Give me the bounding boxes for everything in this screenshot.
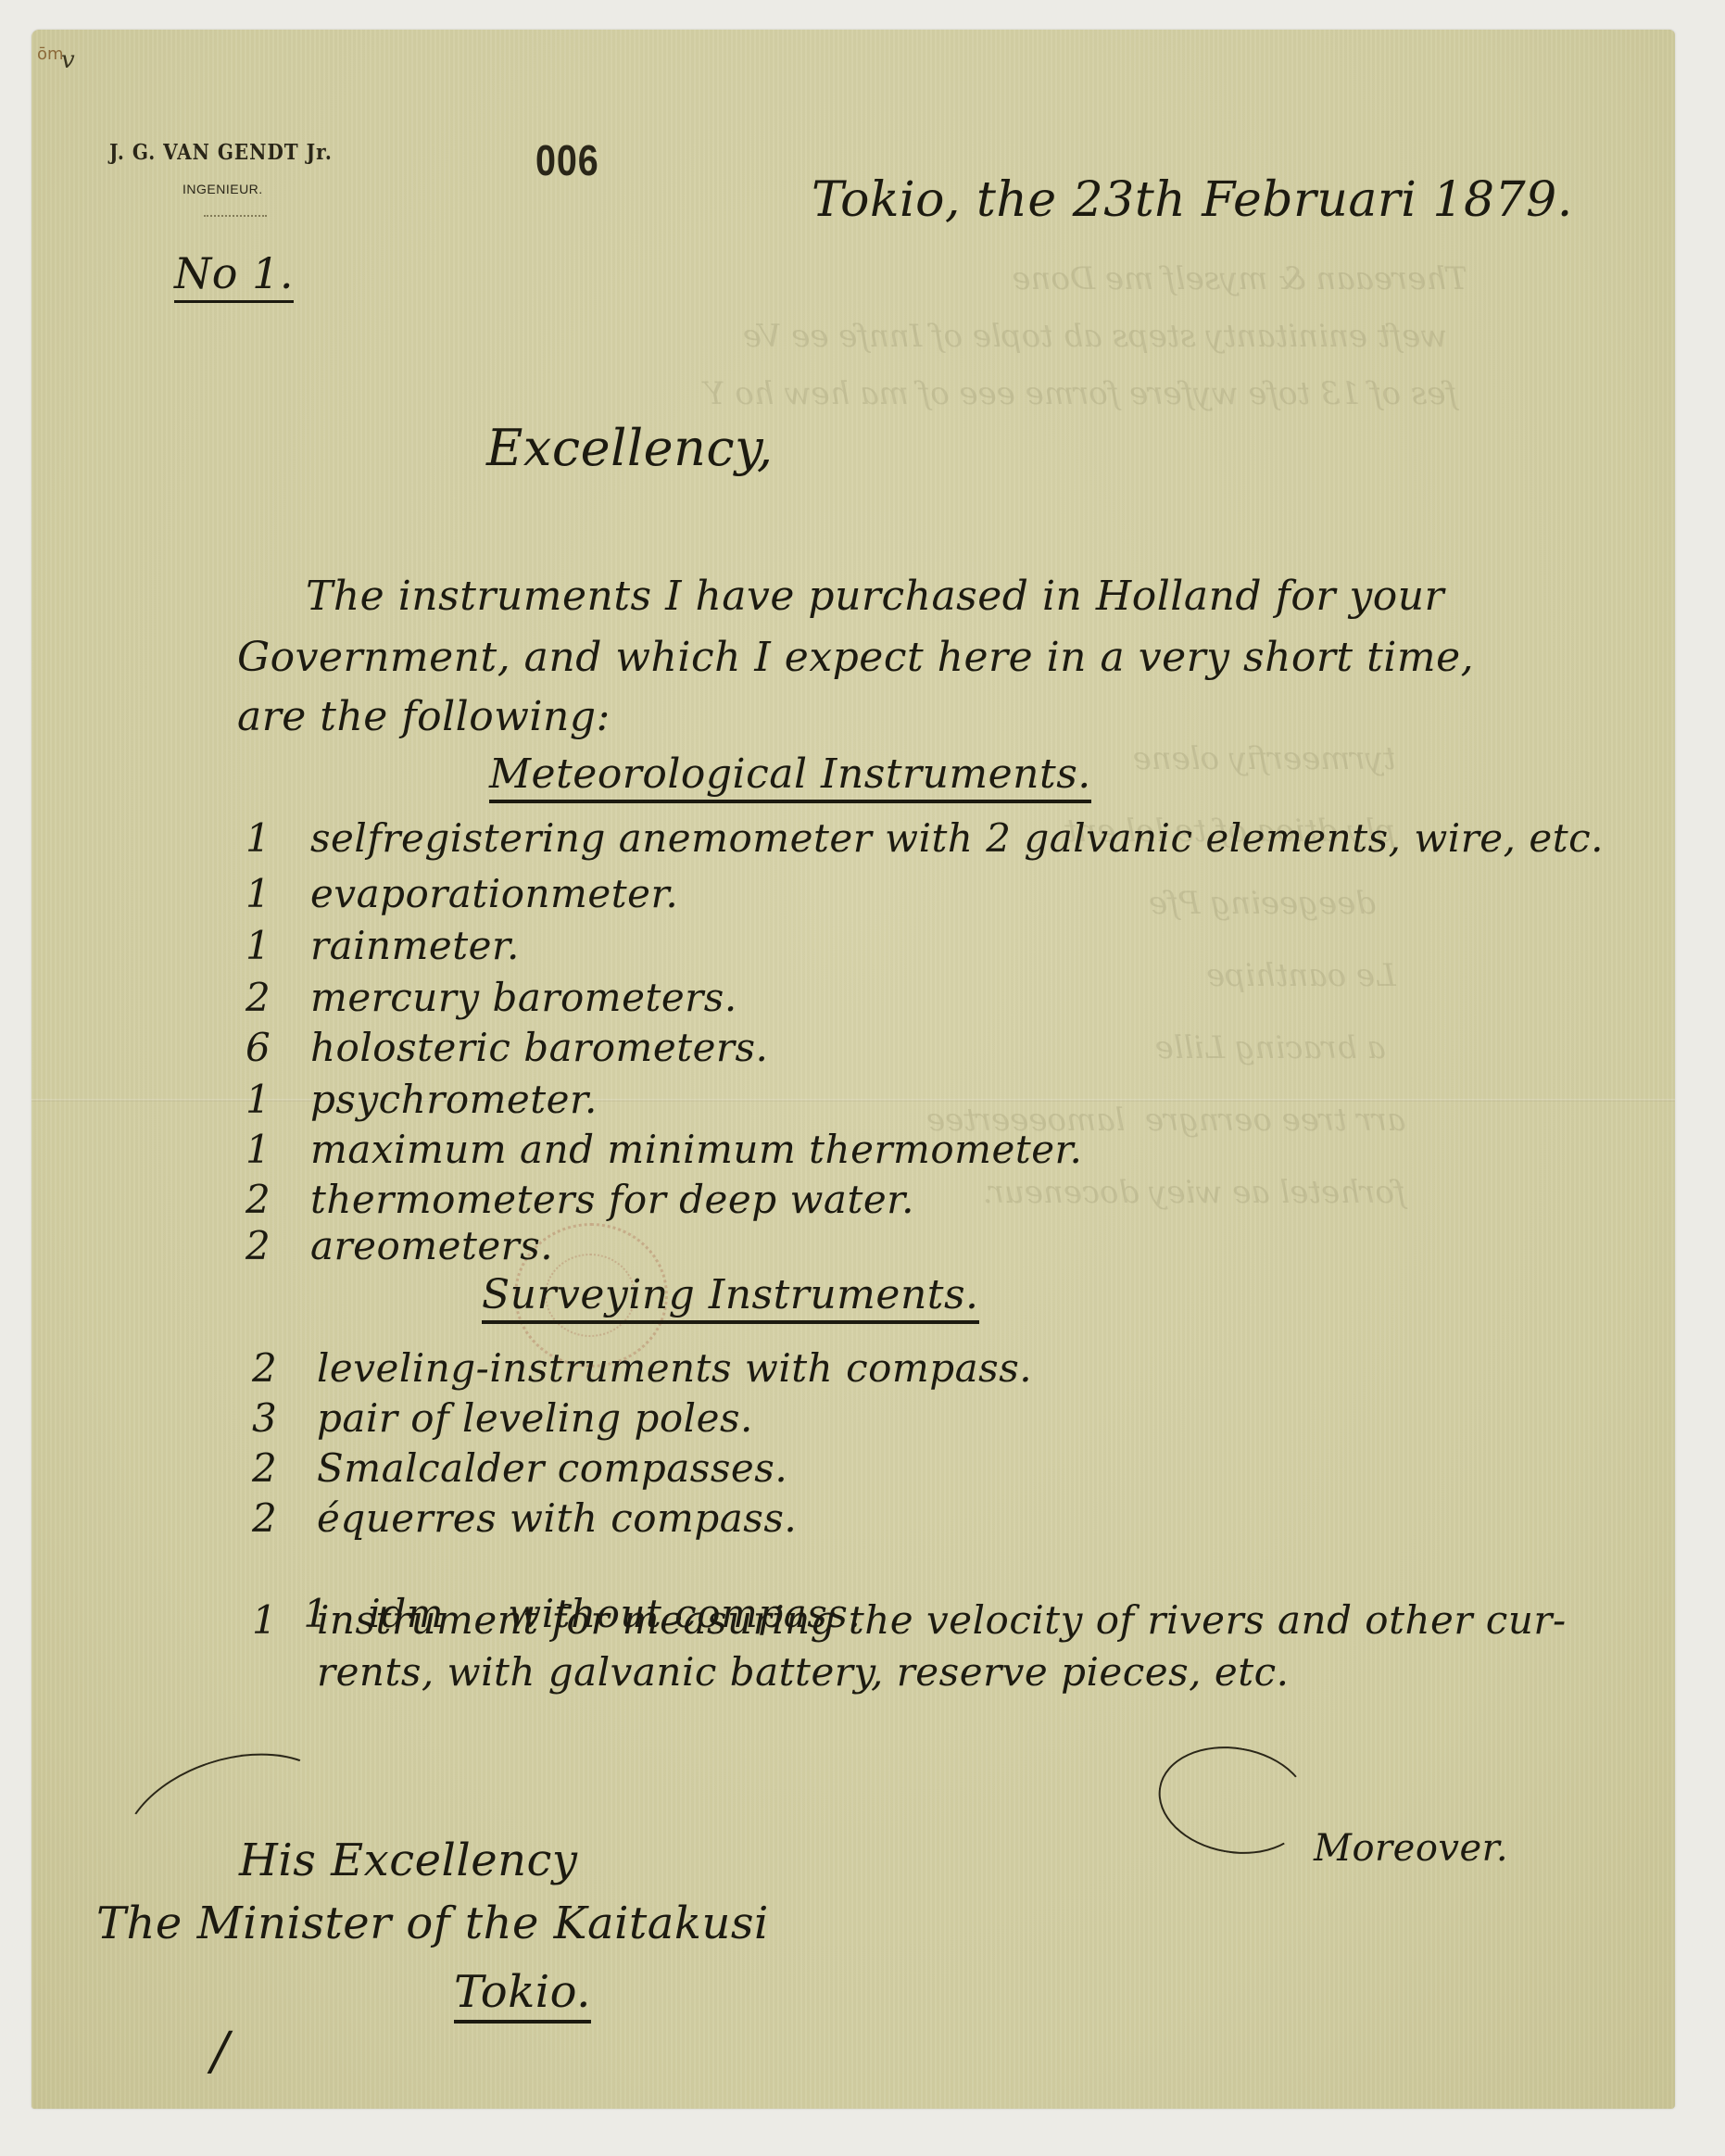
list-item: 3pair of leveling poles. bbox=[252, 1395, 753, 1441]
item-quantity: 2 bbox=[246, 1177, 310, 1222]
section-heading-meteorological: Meteorological Instruments. bbox=[489, 750, 1091, 803]
list-item: 1maximum and minimum thermometer. bbox=[246, 1127, 1082, 1172]
item-text: selfregistering anemometer with 2 galvan… bbox=[310, 815, 1604, 861]
list-item: 2areometers. bbox=[246, 1223, 553, 1268]
item-quantity: 6 bbox=[246, 1025, 310, 1070]
catchword: Moreover. bbox=[1314, 1827, 1508, 1870]
body-line-1: The instruments I have purchased in Holl… bbox=[306, 573, 1444, 620]
item-quantity: 1 bbox=[246, 1077, 310, 1122]
item-text: holosteric barometers. bbox=[310, 1025, 768, 1070]
item-quantity: 2 bbox=[246, 1223, 310, 1268]
item-quantity: 1 bbox=[246, 871, 310, 916]
item-quantity: 2 bbox=[246, 975, 310, 1020]
item-quantity: 2 bbox=[252, 1345, 317, 1391]
addressee-city: Tokio. bbox=[454, 1966, 591, 2024]
body-line-2: Government, and which I expect here in a… bbox=[237, 634, 1474, 681]
list-item: 2thermometers for deep water. bbox=[246, 1177, 914, 1222]
item-text: leveling-instruments with compass. bbox=[317, 1345, 1032, 1391]
list-item: 2leveling-instruments with compass. bbox=[252, 1345, 1032, 1391]
salutation: Excellency, bbox=[486, 419, 774, 477]
addressee-line-1: His Excellency bbox=[239, 1834, 578, 1886]
item-quantity: 1 bbox=[252, 1597, 317, 1643]
list-item: 1evaporationmeter. bbox=[246, 871, 678, 916]
list-item-continuation: rents, with galvanic battery, reserve pi… bbox=[252, 1649, 1290, 1695]
list-item: 2Smalcalder compasses. bbox=[252, 1445, 787, 1491]
section-heading-surveying: Surveying Instruments. bbox=[482, 1271, 979, 1324]
item-text: psychrometer. bbox=[310, 1077, 598, 1122]
item-text: maximum and minimum thermometer. bbox=[310, 1127, 1082, 1172]
archive-margin-letter: v bbox=[61, 46, 75, 74]
item-quantity: 2 bbox=[252, 1495, 317, 1541]
bleed-through-text: Thereaan & myself me Done weft eninitant… bbox=[704, 250, 1467, 422]
item-text: pair of leveling poles. bbox=[317, 1395, 753, 1441]
letterhead-title: INGENIEUR. bbox=[183, 182, 263, 196]
letterhead-ornament bbox=[204, 215, 267, 222]
list-item: 1instrument for measuring the velocity o… bbox=[252, 1597, 1567, 1643]
list-item: 1psychrometer. bbox=[246, 1077, 598, 1122]
document-number: 006 bbox=[535, 135, 599, 185]
item-text: mercury barometers. bbox=[310, 975, 737, 1020]
item-text: thermometers for deep water. bbox=[310, 1177, 914, 1222]
list-item: 1rainmeter. bbox=[246, 923, 520, 968]
item-text: instrument for measuring the velocity of… bbox=[317, 1597, 1567, 1643]
item-text: rents, with galvanic battery, reserve pi… bbox=[317, 1649, 1290, 1695]
item-quantity: 1 bbox=[246, 1127, 310, 1172]
item-quantity: 1 bbox=[246, 923, 310, 968]
page-mark: / bbox=[211, 2022, 229, 2082]
item-text: evaporationmeter. bbox=[310, 871, 678, 916]
letterhead-name: J. G. VAN GENDT Jr. bbox=[109, 139, 333, 165]
addressee-line-2: The Minister of the Kaitakusi bbox=[96, 1898, 769, 1949]
item-quantity: 3 bbox=[252, 1395, 317, 1441]
list-item: 6holosteric barometers. bbox=[246, 1025, 768, 1070]
item-quantity: 2 bbox=[252, 1445, 317, 1491]
item-text: areometers. bbox=[310, 1223, 553, 1268]
item-quantity: 1 bbox=[246, 815, 310, 861]
item-text: équerres with compass. bbox=[317, 1495, 797, 1541]
list-item: 1selfregistering anemometer with 2 galva… bbox=[246, 815, 1604, 861]
dateline: Tokio, the 23th Februari 1879. bbox=[812, 172, 1573, 228]
list-item: 2équerres with compass. bbox=[252, 1495, 797, 1541]
list-item: 2mercury barometers. bbox=[246, 975, 737, 1020]
body-line-3: are the following: bbox=[237, 693, 611, 740]
reference-number: No 1. bbox=[174, 248, 294, 303]
item-text: rainmeter. bbox=[310, 923, 520, 968]
archive-margin-mark: ōm bbox=[37, 44, 64, 64]
item-text: Smalcalder compasses. bbox=[317, 1445, 787, 1491]
document-canvas: Thereaan & myself me Done weft eninitant… bbox=[0, 0, 1725, 2156]
